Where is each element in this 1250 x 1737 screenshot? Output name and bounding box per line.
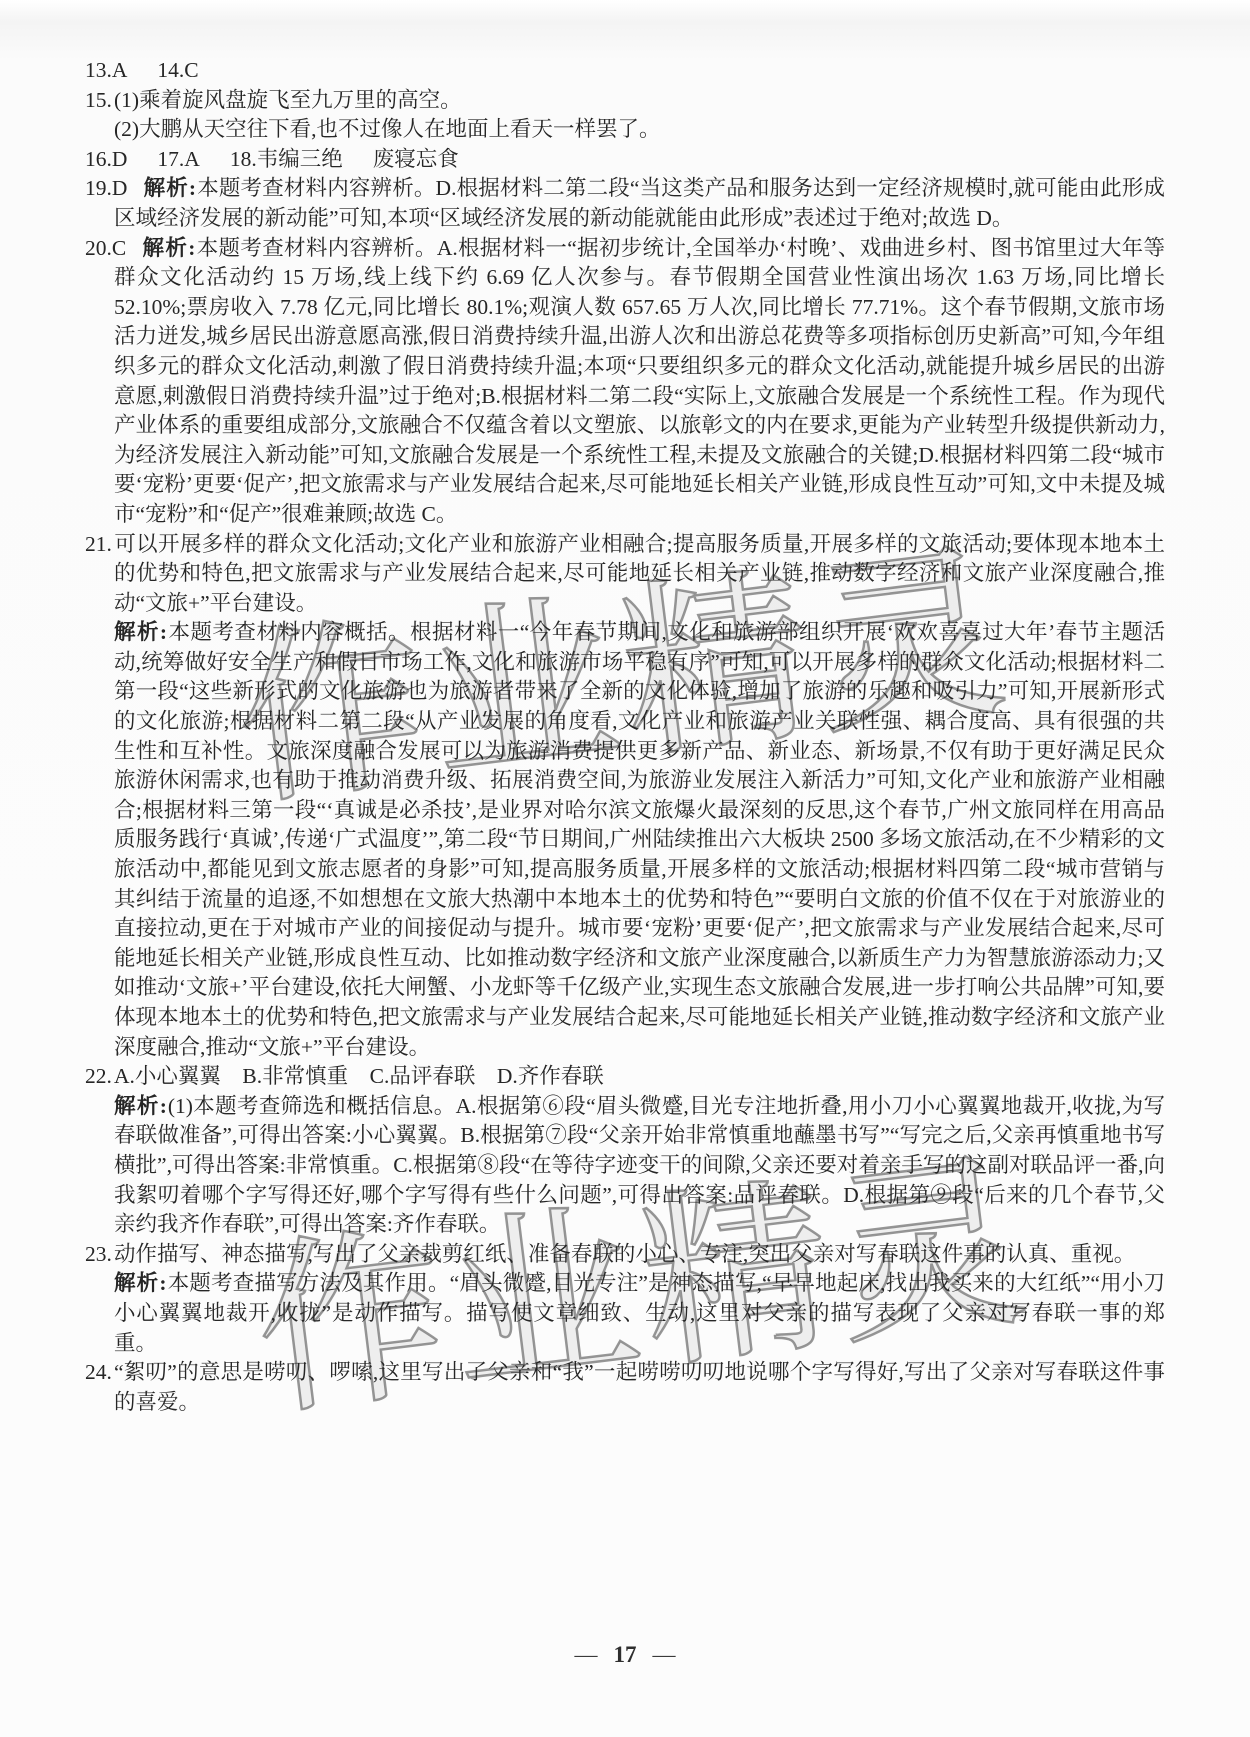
answer-paragraph: 21.可以开展多样的群众文化活动;文化产业和旅游产业相融合;提高服务质量,开展多… [114,530,1165,619]
item-text: 本题考查材料内容概括。根据材料一“今年春节期间,文化和旅游部组织开展‘欢欢喜喜过… [114,620,1165,1058]
item-text: “絮叨”的意思是唠叨、啰嗦,这里写出了父亲和“我”一起唠唠叨叨地说哪个字写得好,… [114,1360,1165,1414]
analysis-label: 解析: [142,236,196,260]
answer-paragraph: 解析:(1)本题考查筛选和概括信息。A.根据第⑥段“眉头微蹙,目光专注地折叠,用… [114,1092,1165,1240]
answer-cell: 16.D [85,147,127,171]
item-text: (1)本题考查筛选和概括信息。A.根据第⑥段“眉头微蹙,目光专注地折叠,用小刀小… [114,1094,1165,1236]
page-number-dash: — [653,1642,676,1667]
answer-item: 19.D解析:本题考查材料内容辨析。D.根据材料二第二段“当这类产品和服务达到一… [85,174,1165,233]
document-page: 作业精灵 作业精灵 13.A14.C15.(1)乘着旋风盘旋飞至九万里的高空。(… [0,0,1250,1737]
item-text: 本题考查材料内容辨析。D.根据材料二第二段“当这类产品和服务达到一定经济规模时,… [114,176,1165,230]
item-text: 可以开展多样的群众文化活动;文化产业和旅游产业相融合;提高服务质量,开展多样的文… [114,532,1165,615]
answer-item: 21.可以开展多样的群众文化活动;文化产业和旅游产业相融合;提高服务质量,开展多… [85,530,1165,1063]
answer-cell: 17.A [157,147,199,171]
item-text: 本题考查材料内容辨析。A.根据材料一“据初步统计,全国举办‘村晚’、戏曲进乡村、… [114,236,1165,526]
item-text: 本题考查描写方法及其作用。“眉头微蹙,目光专注”是神态描写,“早早地起床,找出我… [114,1271,1165,1354]
answer-item: 13.A14.C [85,56,1165,86]
analysis-label: 解析: [114,1094,168,1118]
page-number-dash: — [575,1642,598,1667]
answer-item: 20.C解析:本题考查材料内容辨析。A.根据材料一“据初步统计,全国举办‘村晚’… [85,234,1165,530]
item-number: 20.C [85,234,126,264]
answer-paragraph: 23.动作描写、神态描写,写出了父亲裁剪红纸、准备春联的小心、专注,突出父亲对写… [114,1240,1165,1270]
answer-item: 15.(1)乘着旋风盘旋飞至九万里的高空。(2)大鹏从天空往下看,也不过像人在地… [85,86,1165,145]
answer-paragraph: 解析:本题考查描写方法及其作用。“眉头微蹙,目光专注”是神态描写,“早早地起床,… [114,1269,1165,1358]
item-number: 21. [85,530,114,560]
answer-item: 23.动作描写、神态描写,写出了父亲裁剪红纸、准备春联的小心、专注,突出父亲对写… [85,1240,1165,1358]
page-number: 17 [614,1642,637,1667]
analysis-label: 解析: [114,1271,168,1295]
answer-paragraph: 解析:本题考查材料内容概括。根据材料一“今年春节期间,文化和旅游部组织开展‘欢欢… [114,618,1165,1062]
item-number: 24. [85,1358,114,1388]
item-text: (2)大鹏从天空往下看,也不过像人在地面上看天一样罢了。 [114,117,660,141]
answer-paragraph: (2)大鹏从天空往下看,也不过像人在地面上看天一样罢了。 [114,115,1165,145]
answer-item: 16.D17.A18.韦编三绝废寝忘食 [85,145,1165,175]
analysis-label: 解析: [114,620,168,644]
item-number: 15. [85,86,114,116]
answer-cell: 18.韦编三绝 [230,147,343,171]
item-number: 19.D [85,174,127,204]
answer-paragraph: 19.D解析:本题考查材料内容辨析。D.根据材料二第二段“当这类产品和服务达到一… [114,174,1165,233]
answer-cell: 废寝忘食 [373,147,459,171]
answer-paragraph: 24.“絮叨”的意思是唠叨、啰嗦,这里写出了父亲和“我”一起唠唠叨叨地说哪个字写… [114,1358,1165,1417]
item-text: A.小心翼翼 B.非常慎重 C.品评春联 D.齐作春联 [114,1064,604,1088]
item-text: (1)乘着旋风盘旋飞至九万里的高空。 [114,88,462,112]
item-number: 23. [85,1240,114,1270]
page-footer: —17— [0,1642,1250,1668]
answer-list: 13.A14.C15.(1)乘着旋风盘旋飞至九万里的高空。(2)大鹏从天空往下看… [85,56,1165,1417]
answer-cell: 14.C [157,58,198,82]
analysis-label: 解析: [143,176,197,200]
answer-item: 24.“絮叨”的意思是唠叨、啰嗦,这里写出了父亲和“我”一起唠唠叨叨地说哪个字写… [85,1358,1165,1417]
answer-paragraph: 22.A.小心翼翼 B.非常慎重 C.品评春联 D.齐作春联 [114,1062,1165,1092]
item-text: 动作描写、神态描写,写出了父亲裁剪红纸、准备春联的小心、专注,突出父亲对写春联这… [114,1242,1135,1266]
answer-item: 22.A.小心翼翼 B.非常慎重 C.品评春联 D.齐作春联解析:(1)本题考查… [85,1062,1165,1240]
answer-paragraph: 20.C解析:本题考查材料内容辨析。A.根据材料一“据初步统计,全国举办‘村晚’… [114,234,1165,530]
answer-cell: 13.A [85,58,127,82]
answer-paragraph: 15.(1)乘着旋风盘旋飞至九万里的高空。 [114,86,1165,116]
item-number: 22. [85,1062,114,1092]
